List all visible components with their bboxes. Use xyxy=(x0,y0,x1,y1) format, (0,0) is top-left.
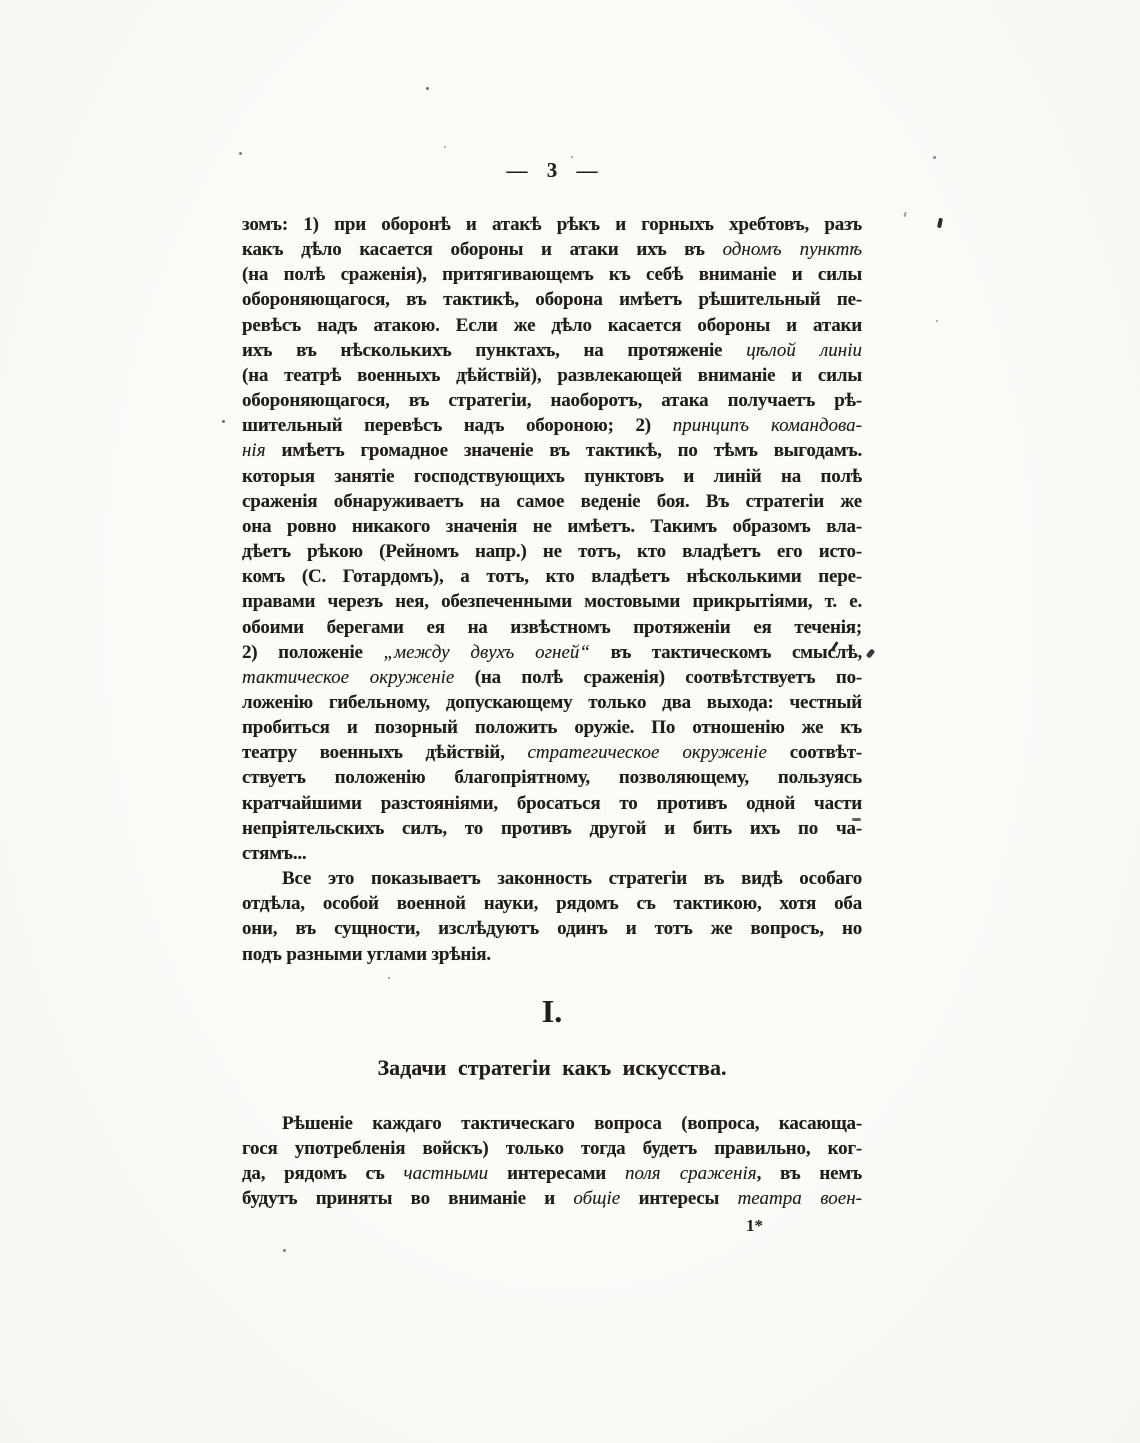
text-line: дѣетъ рѣкою (Рейномъ напр.) не тотъ, кто… xyxy=(242,539,862,564)
text-line: обоими берегами ея на извѣстномъ протяже… xyxy=(242,615,862,640)
scan-speck xyxy=(388,977,390,979)
text-line: обороняющагося, въ стратегіи, наоборотъ,… xyxy=(242,388,862,413)
emphasis-text: поля сраженія xyxy=(625,1163,757,1184)
text-line: ревѣсъ надъ атакою. Если же дѣло касаетс… xyxy=(242,313,862,338)
body-text-block: зомъ: 1) при оборонѣ и атакѣ рѣкъ и горн… xyxy=(242,212,862,967)
text-line: (на театрѣ военныхъ дѣйствій), развлекаю… xyxy=(242,363,862,388)
text-run: комъ (С. Готардомъ), а тотъ, кто владѣет… xyxy=(242,566,862,587)
text-run: (на театрѣ военныхъ дѣйствій), развлекаю… xyxy=(242,365,862,386)
text-run: гося употребленія войскъ) только тогда б… xyxy=(242,1138,862,1159)
text-run: обороняющагося, въ тактикѣ, оборона имѣе… xyxy=(242,289,862,310)
text-run: интересы xyxy=(620,1188,737,1209)
scan-mark xyxy=(937,218,943,229)
text-run: 2) положеніе xyxy=(242,642,383,663)
paragraph: зомъ: 1) при оборонѣ и атакѣ рѣкъ и горн… xyxy=(242,212,862,866)
paragraph: Рѣшеніе каждаго тактическаго вопроса (во… xyxy=(242,1111,862,1212)
text-run: пробиться и позорный положить оружіе. По… xyxy=(242,717,862,738)
text-run: ствуетъ положенію благопріятному, позвол… xyxy=(242,767,862,788)
text-run: интересами xyxy=(488,1163,625,1184)
text-line: зомъ: 1) при оборонѣ и атакѣ рѣкъ и горн… xyxy=(242,212,862,237)
text-run: отдѣла, особой военной науки, рядомъ съ … xyxy=(242,893,862,914)
text-run: театру военныхъ дѣйствій, xyxy=(242,742,527,763)
text-run: въ тактическомъ смыслѣ, xyxy=(590,642,862,663)
text-run: непріятельскихъ силъ, то противъ другой … xyxy=(242,818,862,839)
text-run: имѣетъ громадное значеніе въ тактикѣ, по… xyxy=(266,440,862,461)
text-run: ихъ въ нѣсколькихъ пунктахъ, на протяжен… xyxy=(242,340,746,361)
text-line: подъ разными углами зрѣнія. xyxy=(242,942,862,967)
text-line: которыя занятіе господствующихъ пунктовъ… xyxy=(242,464,862,489)
text-run: обороняющагося, въ стратегіи, наоборотъ,… xyxy=(242,390,862,411)
scan-speck xyxy=(571,156,573,158)
text-line: правами черезъ нея, обезпеченными мостов… xyxy=(242,589,862,614)
emphasis-text: стратегическое окруженіе xyxy=(527,742,767,763)
text-run: (на полѣ сраженія), притягивающемъ къ се… xyxy=(242,264,862,285)
scan-speck xyxy=(426,87,429,90)
text-line: они, въ сущности, изслѣдуютъ одинъ и тот… xyxy=(242,916,862,941)
text-line: комъ (С. Готардомъ), а тотъ, кто владѣет… xyxy=(242,564,862,589)
section-text-block: Рѣшеніе каждаго тактическаго вопроса (во… xyxy=(242,1111,862,1212)
text-line: нія имѣетъ громадное значеніе въ тактикѣ… xyxy=(242,438,862,463)
text-line: театру военныхъ дѣйствій, стратегическое… xyxy=(242,740,862,765)
text-run: зомъ: 1) при оборонѣ и атакѣ рѣкъ и горн… xyxy=(242,214,862,235)
text-run: которыя занятіе господствующихъ пунктовъ… xyxy=(242,466,862,487)
text-run: дѣетъ рѣкою (Рейномъ напр.) не тотъ, кто… xyxy=(242,541,862,562)
text-line: шительный перевѣсъ надъ обороною; 2) при… xyxy=(242,413,862,438)
text-run: , въ немъ xyxy=(757,1163,862,1184)
text-run: ложенію гибельному, допускающему только … xyxy=(242,692,862,713)
text-line: ствуетъ положенію благопріятному, позвол… xyxy=(242,765,862,790)
scan-mark xyxy=(866,648,875,658)
scan-speck xyxy=(444,146,446,148)
text-run: кратчайшими разстояніями, бросаться то п… xyxy=(242,793,862,814)
emphasis-text: „между двухъ огней“ xyxy=(383,642,590,663)
text-run: какъ дѣло касается обороны и атаки ихъ в… xyxy=(242,239,723,260)
text-run: да, рядомъ съ xyxy=(242,1163,404,1184)
book-page: — 3 — зомъ: 1) при оборонѣ и атакѣ рѣкъ … xyxy=(0,0,1140,1443)
text-run: правами черезъ нея, обезпеченными мостов… xyxy=(242,591,862,612)
emphasis-text: одномъ пунктѣ xyxy=(723,239,862,260)
emphasis-text: общіе xyxy=(573,1188,620,1209)
scan-speck xyxy=(936,320,938,322)
scan-speck xyxy=(933,156,936,159)
text-line: будутъ приняты во вниманіе и общіе интер… xyxy=(242,1186,862,1211)
text-line: (на полѣ сраженія), притягивающемъ къ се… xyxy=(242,262,862,287)
text-run: она ровно никакого значенія не имѣетъ. Т… xyxy=(242,516,862,537)
text-line: ихъ въ нѣсколькихъ пунктахъ, на протяжен… xyxy=(242,338,862,363)
text-line: непріятельскихъ силъ, то противъ другой … xyxy=(242,816,862,841)
text-run: будутъ приняты во вниманіе и xyxy=(242,1188,573,1209)
emphasis-text: нія xyxy=(242,440,266,461)
scan-speck xyxy=(283,1249,286,1252)
text-line: гося употребленія войскъ) только тогда б… xyxy=(242,1136,862,1161)
text-run: обоими берегами ея на извѣстномъ протяже… xyxy=(242,617,862,638)
emphasis-text: театра воен- xyxy=(738,1188,862,1209)
text-run: (на полѣ сраженія) соотвѣтствуетъ по- xyxy=(454,667,862,688)
text-line: обороняющагося, въ тактикѣ, оборона имѣе… xyxy=(242,287,862,312)
text-run: соотвѣт- xyxy=(767,742,862,763)
emphasis-text: цѣлой линіи xyxy=(746,340,862,361)
text-run: Рѣшеніе каждаго тактическаго вопроса (во… xyxy=(282,1113,862,1134)
emphasis-text: тактическое окруженіе xyxy=(242,667,454,688)
text-line: кратчайшими разстояніями, бросаться то п… xyxy=(242,791,862,816)
text-run: Все это показываетъ законность стратегіи… xyxy=(282,868,862,889)
text-line: 2) положеніе „между двухъ огней“ въ такт… xyxy=(242,640,862,665)
paragraph: Все это показываетъ законность стратегіи… xyxy=(242,866,862,967)
emphasis-text: принципъ командова- xyxy=(673,415,862,436)
scan-speck xyxy=(239,152,242,155)
scan-speck xyxy=(222,420,225,423)
section-title: Задачи стратегіи какъ искусства. xyxy=(242,1055,862,1081)
text-run: сраженія обнаруживаетъ на самое веденіе … xyxy=(242,491,862,512)
text-line: стямъ... xyxy=(242,841,862,866)
text-line: Рѣшеніе каждаго тактическаго вопроса (во… xyxy=(242,1111,862,1136)
text-run: подъ разными углами зрѣнія. xyxy=(242,944,491,965)
text-line: отдѣла, особой военной науки, рядомъ съ … xyxy=(242,891,862,916)
scan-mark xyxy=(852,818,861,821)
text-line: она ровно никакого значенія не имѣетъ. Т… xyxy=(242,514,862,539)
text-run: шительный перевѣсъ надъ обороною; 2) xyxy=(242,415,673,436)
text-line: сраженія обнаруживаетъ на самое веденіе … xyxy=(242,489,862,514)
text-run: они, въ сущности, изслѣдуютъ одинъ и тот… xyxy=(242,918,862,939)
emphasis-text: частными xyxy=(404,1163,489,1184)
text-line: да, рядомъ съ частными интересами поля с… xyxy=(242,1161,862,1186)
page-number: — 3 — xyxy=(242,158,862,183)
signature-mark: 1* xyxy=(746,1216,763,1236)
text-line: тактическое окруженіе (на полѣ сраженія)… xyxy=(242,665,862,690)
section-numeral: I. xyxy=(242,993,862,1030)
text-line: Все это показываетъ законность стратегіи… xyxy=(242,866,862,891)
text-run: ревѣсъ надъ атакою. Если же дѣло касаетс… xyxy=(242,315,862,336)
text-line: какъ дѣло касается обороны и атаки ихъ в… xyxy=(242,237,862,262)
text-line: ложенію гибельному, допускающему только … xyxy=(242,690,862,715)
text-run: стямъ... xyxy=(242,843,306,864)
scan-mark xyxy=(903,212,907,217)
text-line: пробиться и позорный положить оружіе. По… xyxy=(242,715,862,740)
